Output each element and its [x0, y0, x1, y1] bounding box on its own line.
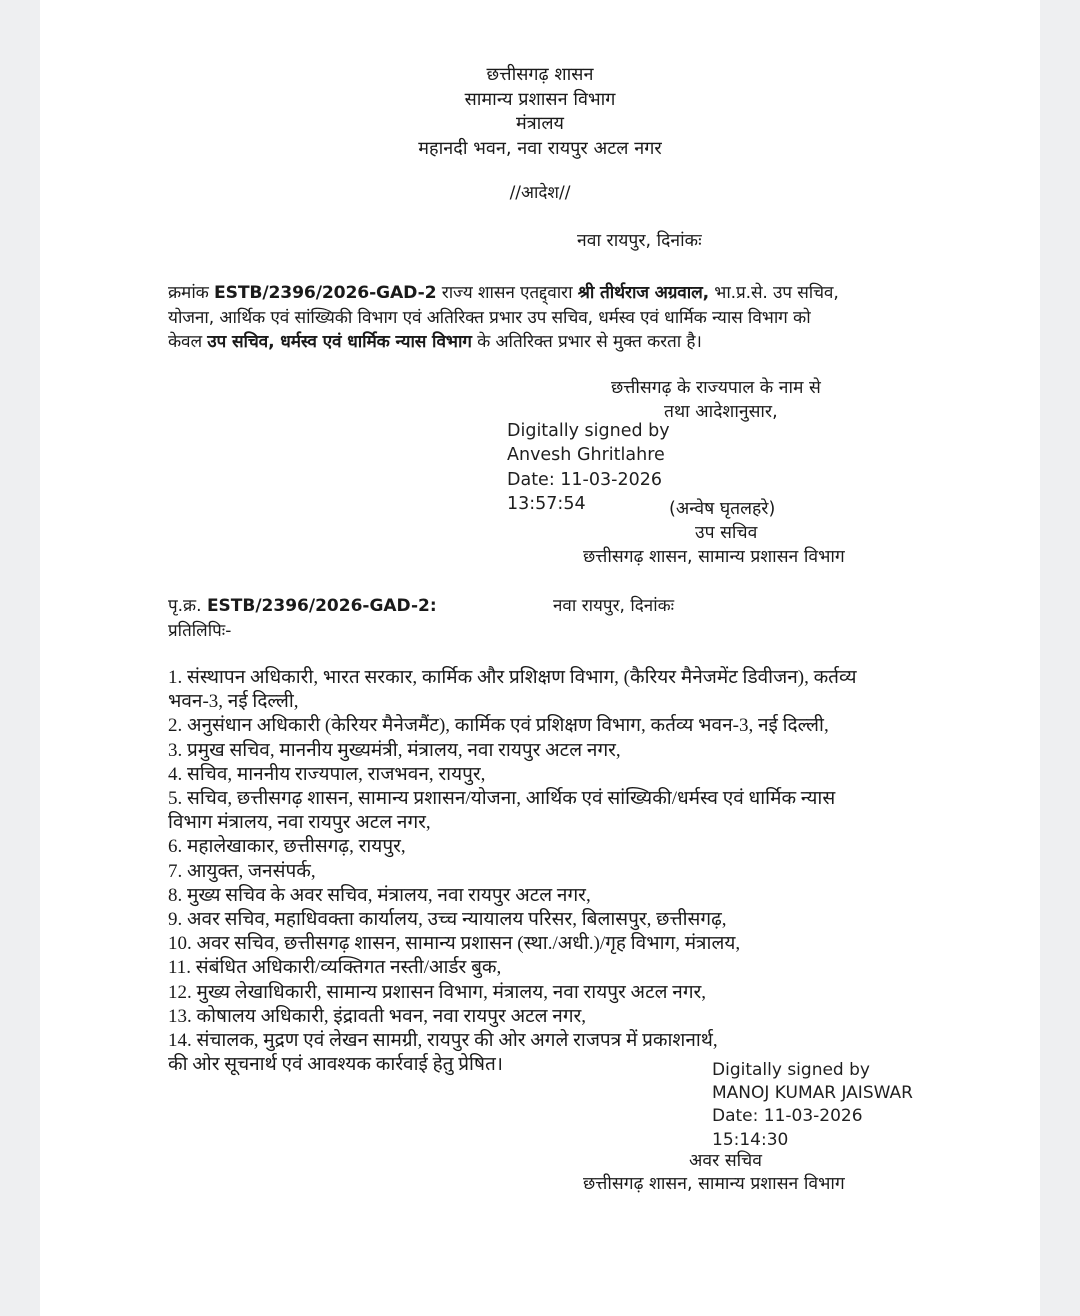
authority-line1: छत्तीसगढ़ के राज्यपाल के नाम से: [611, 376, 821, 400]
signature2-name: MANOJ KUMAR JAISWAR: [712, 1082, 913, 1105]
order-number-prefix: क्रमांक: [168, 283, 214, 303]
list-item: विभाग मंत्रालय, नवा रायपुर अटल नगर,: [168, 811, 948, 835]
order-text-line2: योजना, आर्थिक एवं सांख्यिकी विभाग एवं अत…: [168, 306, 928, 331]
list-item: 6. महालेखाकार, छत्तीसगढ़, रायपुर,: [168, 835, 948, 859]
letterhead-ministry: मंत्रालय: [40, 112, 1040, 137]
list-item: 3. प्रमुख सचिव, माननीय मुख्यमंत्री, मंत्…: [168, 739, 948, 763]
signatory2-designation: अवर सचिव: [689, 1149, 762, 1173]
list-item: 10. अवर सचिव, छत्तीसगढ़ शासन, सामान्य प्…: [168, 932, 948, 956]
signature2-label: Digitally signed by: [712, 1059, 913, 1082]
signatory1-hindi-name: (अन्वेष घृतलहरे): [669, 497, 775, 521]
list-item: 8. मुख्य सचिव के अवर सचिव, मंत्रालय, नवा…: [168, 884, 948, 908]
list-item: भवन-3, नई दिल्ली,: [168, 690, 948, 714]
list-item: 1. संस्थापन अधिकारी, भारत सरकार, कार्मिक…: [168, 666, 948, 690]
list-item: 5. सचिव, छत्तीसगढ़ शासन, सामान्य प्रशासन…: [168, 787, 948, 811]
order-title: //आदेश//: [40, 181, 1040, 205]
list-item: 11. संबंधित अधिकारी/व्यक्तिगत नस्ती/आर्ड…: [168, 956, 948, 980]
list-item: 14. संचालक, मुद्रण एवं लेखन सामग्री, राय…: [168, 1029, 948, 1053]
letterhead-government: छत्तीसगढ़ शासन: [40, 63, 1040, 88]
order-text-mid: राज्य शासन एतद्द्वारा: [436, 283, 577, 303]
list-item: 2. अनुसंधान अधिकारी (केरियर मैनेजमैंट), …: [168, 714, 948, 738]
copy-recipients-list: 1. संस्थापन अधिकारी, भारत सरकार, कार्मिक…: [168, 666, 948, 1077]
signature1-time: 13:57:54: [507, 492, 670, 516]
officer-designation: भा.प्र.से. उप सचिव,: [709, 283, 839, 303]
letterhead-department: सामान्य प्रशासन विभाग: [40, 88, 1040, 113]
digital-signature-2: Digitally signed by MANOJ KUMAR JAISWAR …: [712, 1059, 913, 1152]
signature1-label: Digitally signed by: [507, 419, 670, 443]
officer-name: श्री तीर्थराज अग्रवाल,: [578, 283, 709, 303]
order-number: ESTB/2396/2026-GAD-2: [214, 283, 436, 303]
signature1-name: Anvesh Ghritlahre: [507, 443, 670, 467]
relieved-charge: उप सचिव, धर्मस्व एवं धार्मिक न्यास विभाग: [207, 332, 472, 352]
list-item: 12. मुख्य लेखाधिकारी, सामान्य प्रशासन वि…: [168, 981, 948, 1005]
list-item: 9. अवर सचिव, महाधिवक्ता कार्यालय, उच्च न…: [168, 908, 948, 932]
copy-ref-prefix: पृ.क्र.: [168, 596, 207, 616]
letterhead: छत्तीसगढ़ शासन सामान्य प्रशासन विभाग मंत…: [40, 63, 1040, 161]
document-page: छत्तीसगढ़ शासन सामान्य प्रशासन विभाग मंत…: [40, 0, 1040, 1316]
list-item: 7. आयुक्त, जनसंपर्क,: [168, 860, 948, 884]
signature1-date: Date: 11-03-2026: [507, 468, 670, 492]
order-place-date: नवा रायपुर, दिनांकः: [577, 229, 702, 253]
signatory2-department: छत्तीसगढ़ शासन, सामान्य प्रशासन विभाग: [583, 1172, 845, 1196]
signature2-date: Date: 11-03-2026: [712, 1105, 913, 1128]
signatory1-designation: उप सचिव: [695, 521, 757, 545]
authority-line2: तथा आदेशानुसार,: [664, 400, 778, 424]
signatory1-department: छत्तीसगढ़ शासन, सामान्य प्रशासन विभाग: [583, 545, 845, 569]
digital-signature-1: Digitally signed by Anvesh Ghritlahre Da…: [507, 419, 670, 516]
list-item: 13. कोषालय अधिकारी, इंद्रावती भवन, नवा र…: [168, 1005, 948, 1029]
copy-reference: पृ.क्र. ESTB/2396/2026-GAD-2: प्रतिलिपिः…: [168, 594, 437, 644]
order-text-line3-suffix: के अतिरिक्त प्रभार से मुक्त करता है।: [472, 332, 702, 352]
copy-label: प्रतिलिपिः-: [168, 619, 437, 644]
copy-place-date: नवा रायपुर, दिनांकः: [553, 594, 674, 619]
letterhead-address: महानदी भवन, नवा रायपुर अटल नगर: [40, 137, 1040, 162]
list-item: 4. सचिव, माननीय राज्यपाल, राजभवन, रायपुर…: [168, 763, 948, 787]
order-body: क्रमांक ESTB/2396/2026-GAD-2 राज्य शासन …: [168, 281, 928, 355]
order-text-line3-prefix: केवल: [168, 332, 207, 352]
copy-ref-number: ESTB/2396/2026-GAD-2:: [207, 596, 437, 616]
